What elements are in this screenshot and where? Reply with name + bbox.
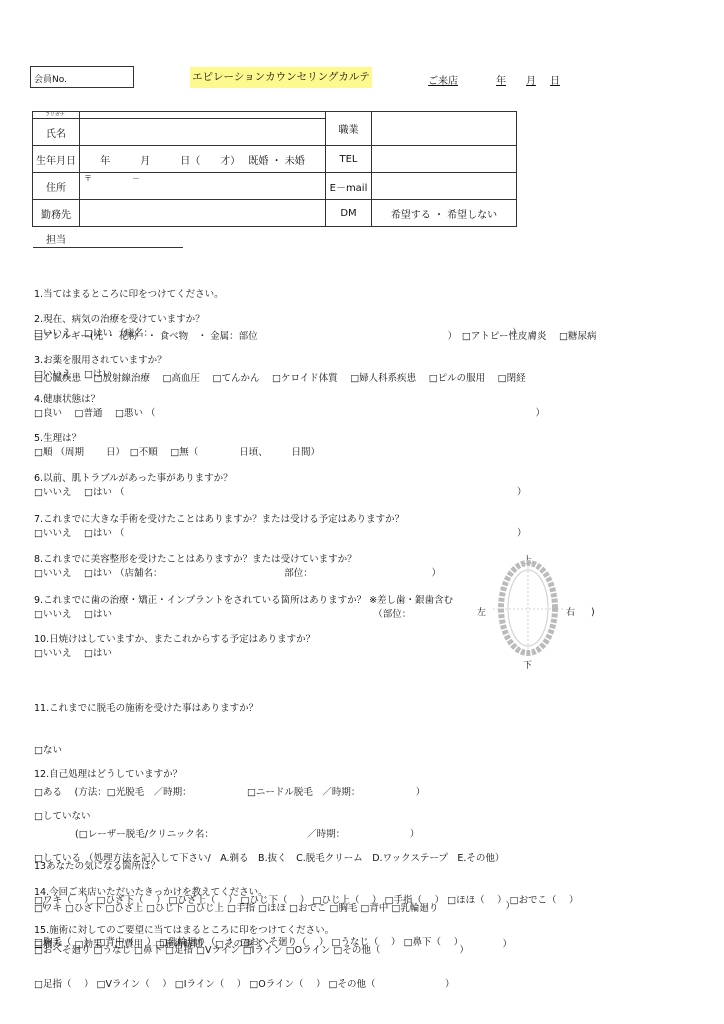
q13-title: 13あなたの気になる箇所は？ bbox=[34, 860, 469, 874]
visit-day: 日 bbox=[536, 72, 560, 87]
member-no-field[interactable]: 会員No. bbox=[30, 66, 134, 88]
customer-info-table: フリガナ 職業 氏名 生年月日年 月 日（ 才） 既婚 ・ 未婚 TEL 住所〒… bbox=[32, 111, 517, 227]
address-field[interactable]: 〒 － bbox=[80, 173, 326, 200]
q1-title: 1.当てはまるところに印をつけてください。 bbox=[34, 288, 597, 302]
q9-options[interactable]: □いいえ □はい （部位： bbox=[34, 608, 453, 622]
question-7: 7.これまでに大きな手術を受けたことはありますか？または受ける予定はありますか？… bbox=[34, 513, 527, 541]
q12-option-none[interactable]: □していない bbox=[34, 810, 579, 824]
q9-close-paren: ) bbox=[591, 607, 595, 618]
q9-title: 9.これまでに歯の治療・矯正・インプラントをされている箇所はありますか？ ※差し… bbox=[34, 594, 453, 608]
q6-title: 6.以前、肌トラブルがあった事がありますか？ bbox=[34, 472, 527, 486]
member-no-label: 会員No. bbox=[34, 75, 67, 85]
q10-title: 10.日焼けはしていますか、またこれからする予定はありますか？ bbox=[34, 633, 315, 647]
teeth-chart-icon[interactable] bbox=[493, 558, 563, 663]
occupation-label: 職業 bbox=[326, 112, 372, 146]
question-4: 4.健康状態は？□良い □普通 □悪い （ ） bbox=[34, 393, 545, 421]
occupation-field[interactable] bbox=[372, 112, 517, 146]
q2-title: 2.現在、病気の治療を受けていますか？ bbox=[34, 313, 522, 327]
q14-field[interactable]: （ ） bbox=[34, 900, 515, 914]
question-14: 14.今回ご来店いただいたきっかけを教えてください。 （ ） bbox=[34, 886, 515, 914]
form-title: エピレーションカウンセリングカルテ bbox=[190, 67, 372, 88]
q7-title: 7.これまでに大きな手術を受けたことはありますか？または受ける予定はありますか？ bbox=[34, 513, 527, 527]
question-6: 6.以前、肌トラブルがあった事がありますか？□いいえ □はい （ ） bbox=[34, 472, 527, 500]
teeth-left-label: 左 bbox=[477, 605, 486, 618]
furigana-field[interactable] bbox=[80, 112, 326, 119]
q8-title: 8.これまでに美容整形を受けたことはありますか？または受けていますか？ bbox=[34, 553, 441, 567]
email-label: E－mail bbox=[326, 173, 372, 200]
q11-title: 11.これまでに脱毛の施術を受けた事はありますか？ bbox=[34, 702, 425, 716]
q3-title: 3.お薬を服用されていますか？ bbox=[34, 354, 167, 368]
question-9: 9.これまでに歯の治療・矯正・インプラントをされている箇所はありますか？ ※差し… bbox=[34, 594, 453, 622]
address-label: 住所 bbox=[33, 173, 80, 200]
teeth-right-label: 右 bbox=[566, 605, 575, 618]
question-10: 10.日焼けはしていますか、またこれからする予定はありますか？□いいえ □はい bbox=[34, 633, 315, 661]
q6-options[interactable]: □いいえ □はい （ ） bbox=[34, 486, 527, 500]
q12-areas-3[interactable]: □足指（ ） □Vライン（ ） □Iライン（ ） □Oライン（ ） □その他（ … bbox=[34, 978, 579, 992]
q5-options[interactable]: □順 （周期 日） □不順 □無（ 日頃、 日間） bbox=[34, 446, 320, 460]
tel-field[interactable] bbox=[372, 146, 517, 173]
q4-options[interactable]: □良い □普通 □悪い （ ） bbox=[34, 407, 545, 421]
workplace-label: 勤務先 bbox=[33, 200, 80, 227]
staff-field[interactable]: 担当 bbox=[33, 236, 183, 248]
furigana-label: フリガナ bbox=[33, 112, 80, 119]
email-field[interactable] bbox=[372, 173, 517, 200]
q3-options[interactable]: □いいえ □はい bbox=[34, 368, 167, 382]
question-5: 5.生理は？□順 （周期 日） □不順 □無（ 日頃、 日間） bbox=[34, 432, 320, 460]
question-3: 3.お薬を服用されていますか？□いいえ □はい bbox=[34, 354, 167, 382]
workplace-field[interactable] bbox=[80, 200, 326, 227]
q2-options[interactable]: □いいえ □はい （病名： ） bbox=[34, 327, 522, 341]
q10-options[interactable]: □いいえ □はい bbox=[34, 647, 315, 661]
q15-title: 15.施術に対してのご要望に当てはまるところに印をつけてください。 bbox=[34, 924, 512, 938]
q5-title: 5.生理は？ bbox=[34, 432, 320, 446]
q12-title: 12.自己処理はどうしていますか？ bbox=[34, 768, 579, 782]
tel-label: TEL bbox=[326, 146, 372, 173]
visit-date[interactable]: ご来店年月日 bbox=[428, 72, 560, 87]
visit-label: ご来店 bbox=[428, 72, 476, 87]
question-2: 2.現在、病気の治療を受けていますか？□いいえ □はい （病名： ） bbox=[34, 313, 522, 341]
visit-year: 年 bbox=[476, 72, 506, 87]
birthdate-field[interactable]: 年 月 日（ 才） 既婚 ・ 未婚 bbox=[80, 146, 326, 173]
q14-title: 14.今回ご来店いただいたきっかけを教えてください。 bbox=[34, 886, 515, 900]
name-field[interactable] bbox=[80, 119, 326, 146]
q4-title: 4.健康状態は？ bbox=[34, 393, 545, 407]
dm-options[interactable]: 希望する ・ 希望しない bbox=[372, 200, 517, 227]
question-15: 15.施術に対してのご要望に当てはまるところに印をつけてください。□痛み □効果… bbox=[34, 924, 512, 952]
question-8: 8.これまでに美容整形を受けたことはありますか？または受けていますか？□いいえ … bbox=[34, 553, 441, 581]
q7-options[interactable]: □いいえ □はい （ ） bbox=[34, 527, 527, 541]
visit-month: 月 bbox=[506, 72, 536, 87]
q8-options[interactable]: □いいえ □はい （店舗名： 部位： ） bbox=[34, 567, 441, 581]
birthdate-label: 生年月日 bbox=[33, 146, 80, 173]
q15-options[interactable]: □痛み □効果 □費用 □施術時間 □その他（ ） bbox=[34, 938, 512, 952]
name-label: 氏名 bbox=[33, 119, 80, 146]
dm-label: DM bbox=[326, 200, 372, 227]
